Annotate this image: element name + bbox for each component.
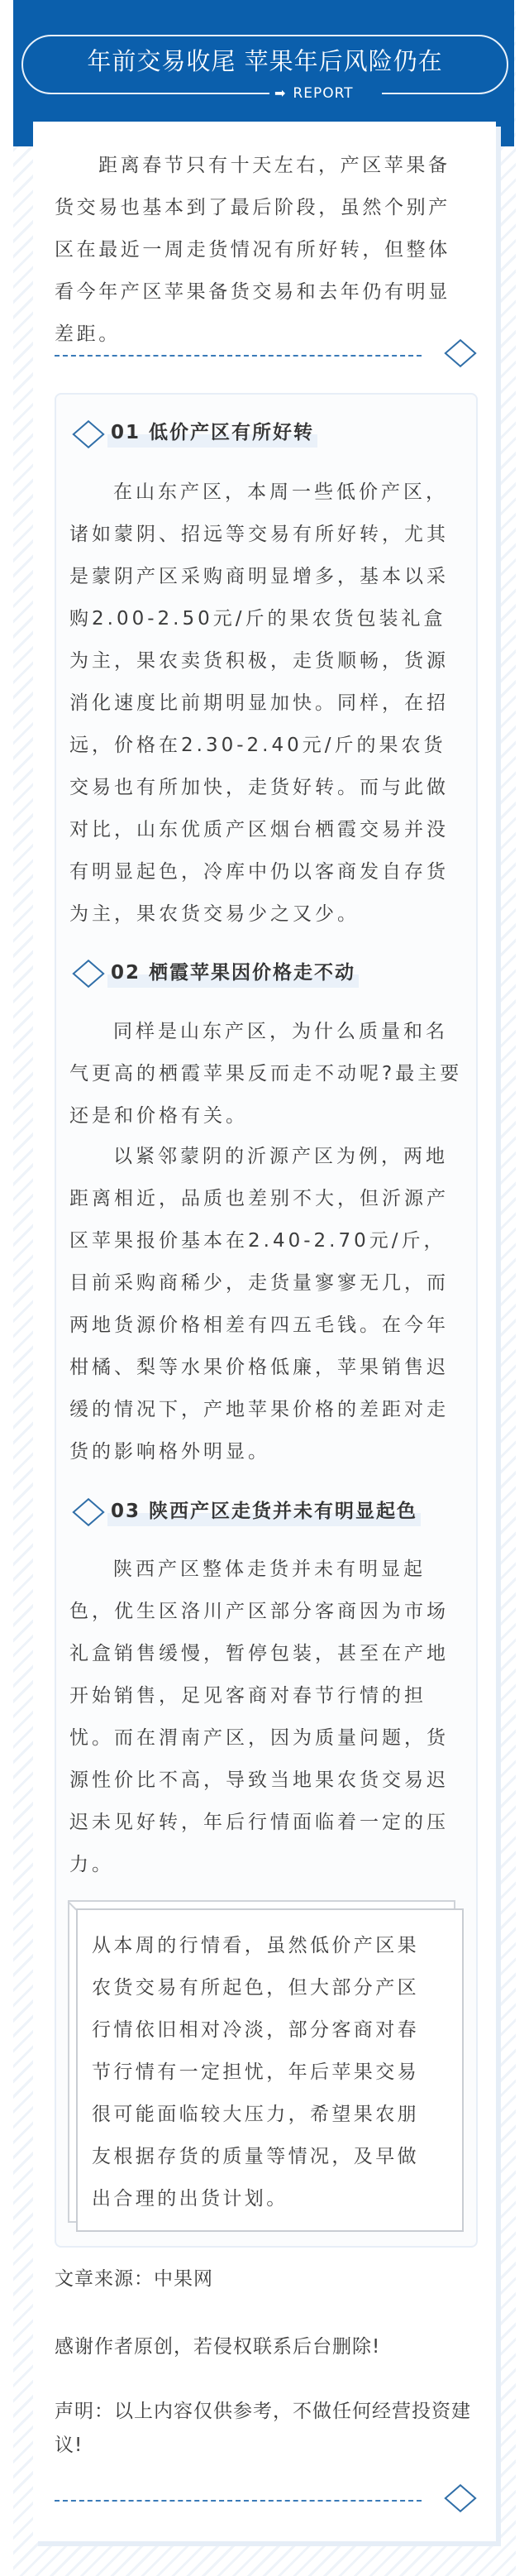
page-title: 年前交易收尾 苹果年后风险仍在 [21, 35, 508, 88]
section-01-paragraph: 在山东产区，本周一些低价产区，诸如蒙阴、招远等交易有所好转，尤其是蒙阴产区采购商… [69, 472, 466, 936]
article-source: 文章来源：中果网 [55, 2258, 484, 2301]
divider-dashed [55, 2500, 422, 2502]
section-02-paragraph-1: 同样是山东产区，为什么质量和名气更高的栖霞苹果反而走不动呢?最主要还是和价格有关… [69, 1011, 466, 1137]
report-text: REPORT [293, 84, 353, 103]
summary-quote: 从本周的行情看，虽然低价产区果农货交易有所起色，但大部分产区行情依旧相对冷淡，部… [92, 1925, 434, 2220]
section-heading-03: 03 陕西产区走货并未有明显起色 [107, 1496, 421, 1526]
report-label: ➡ REPORT [274, 84, 354, 103]
arrow-right-icon: ➡ [274, 84, 286, 103]
section-heading-01: 01 低价产区有所好转 [107, 418, 317, 448]
section-heading-02: 02 栖霞苹果因价格走不动 [107, 958, 359, 988]
divider-dashed [55, 355, 422, 357]
thanks-note: 感谢作者原创，若侵权联系后台删除! [55, 2326, 484, 2368]
disclaimer: 声明：以上内容仅供参考，不做任何经营投资建议! [55, 2395, 484, 2463]
section-03-paragraph: 陕西产区整体走货并未有明显起色，优生区洛川产区部分客商因为市场礼盒销售缓慢，暂停… [69, 1549, 466, 1886]
intro-paragraph: 距离春节只有十天左右，产区苹果备货交易也基本到了最后阶段，虽然个别产区在最近一周… [55, 145, 463, 356]
section-02-paragraph-2: 以紧邻蒙阴的沂源产区为例，两地距离相近，品质也差别不大，但沂源产区苹果报价基本在… [69, 1136, 466, 1473]
